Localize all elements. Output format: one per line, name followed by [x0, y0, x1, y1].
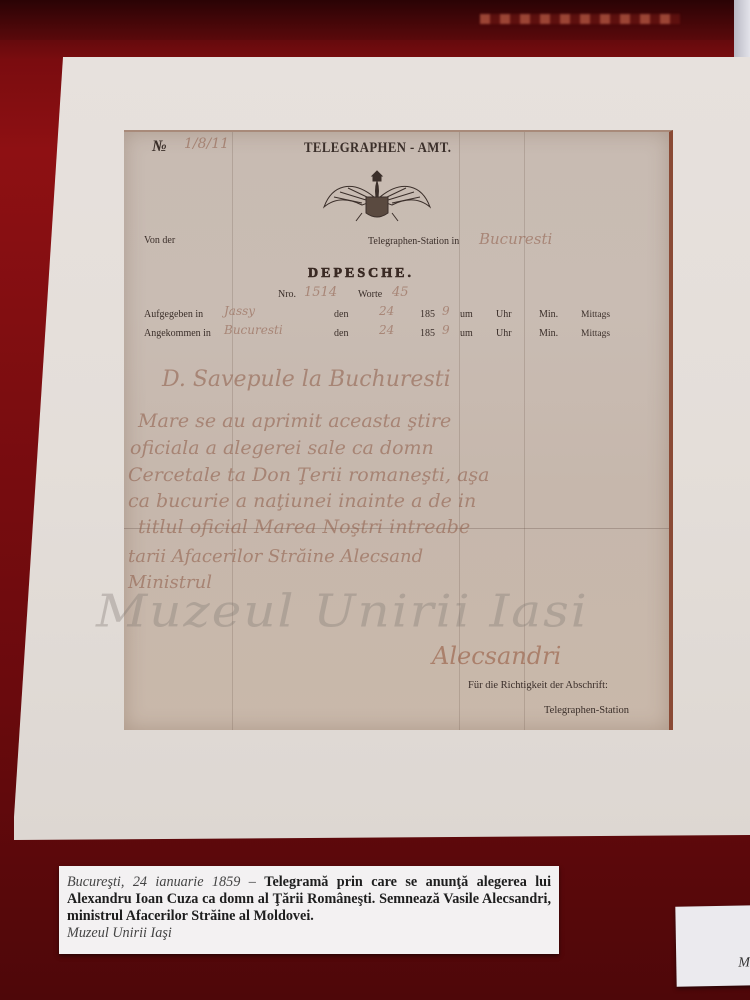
- body-line: Mare se au aprimit aceasta ştire: [138, 410, 451, 432]
- telegram-document: № 1/8/11 TELEGRAPHEN - AMT. Von der Tele…: [124, 130, 673, 730]
- worte-handwritten: 45: [392, 285, 409, 300]
- fold-line: [524, 132, 525, 730]
- footer-line-1: Für die Richtigkeit der Abschrift:: [468, 680, 608, 691]
- body-line: Cercetale ta Don Ţerii romaneşti, aşa: [128, 464, 490, 486]
- body-line: tarii Afacerilor Străine Alecsand: [128, 546, 423, 567]
- aufgegeben-label: Aufgegeben in: [144, 309, 203, 320]
- angekommen-label: Angekommen in: [144, 328, 211, 339]
- uhr-label: Uhr: [496, 328, 512, 339]
- angekommen-place: Bucuresti: [224, 323, 283, 337]
- body-line: ca bucurie a naţiunei inainte a de in: [128, 490, 476, 512]
- body-line: titlul oficial Marea Noştri intreabe: [138, 516, 470, 538]
- von-der-label: Von der: [144, 235, 175, 246]
- caption-museum: Muzeul Unirii Iaşi: [67, 925, 172, 941]
- body-line: oficiala a alegerei sale ca domn: [130, 437, 434, 459]
- min-label: Min.: [539, 328, 558, 339]
- depesche-title: DEPESCHE.: [308, 266, 414, 282]
- number-handwritten: 1/8/11: [184, 136, 229, 152]
- aufgegeben-place: Jassy: [224, 304, 255, 318]
- fold-line: [459, 132, 460, 730]
- den-label: den: [334, 328, 348, 339]
- year-handwritten: 9: [442, 323, 450, 337]
- year-prefix: 185: [420, 309, 435, 320]
- nro-label: Nro.: [278, 289, 296, 300]
- museum-watermark: Muzeul Unirii Iasi: [96, 585, 589, 637]
- footer-line-2: Telegraphen-Station: [544, 705, 629, 716]
- caption-card: Bucureşti, 24 ianuarie 1859 – Telegramă …: [59, 866, 559, 954]
- aufgegeben-date: 24: [379, 304, 394, 318]
- nro-handwritten: 1514: [304, 285, 337, 300]
- document-header: TELEGRAPHEN - AMT.: [304, 140, 451, 157]
- number-sign: №: [152, 138, 167, 156]
- worte-label: Worte: [358, 289, 382, 300]
- double-headed-eagle-icon: [322, 167, 432, 225]
- station-label: Telegraphen-Station in: [368, 236, 459, 247]
- min-label: Min.: [539, 309, 558, 320]
- caption-place-date: Bucureşti, 24 ianuarie 1859 –: [67, 874, 256, 890]
- um-label: um: [460, 328, 473, 339]
- den-label: den: [334, 309, 348, 320]
- um-label: um: [460, 309, 473, 320]
- uhr-label: Uhr: [496, 309, 512, 320]
- year-handwritten: 9: [442, 304, 450, 318]
- mittags-label: Mittags: [581, 310, 610, 320]
- light-reflection: [480, 14, 680, 24]
- adjacent-caption-card: M: [675, 905, 750, 986]
- mittags-label: Mittags: [581, 329, 610, 339]
- angekommen-date: 24: [379, 323, 394, 337]
- year-prefix: 185: [420, 328, 435, 339]
- station-handwritten: Bucuresti: [479, 230, 552, 248]
- adjacent-card-text: M: [738, 955, 750, 971]
- body-line: D. Savepule la Buchuresti: [162, 367, 451, 392]
- signature: Alecsandri: [432, 642, 561, 670]
